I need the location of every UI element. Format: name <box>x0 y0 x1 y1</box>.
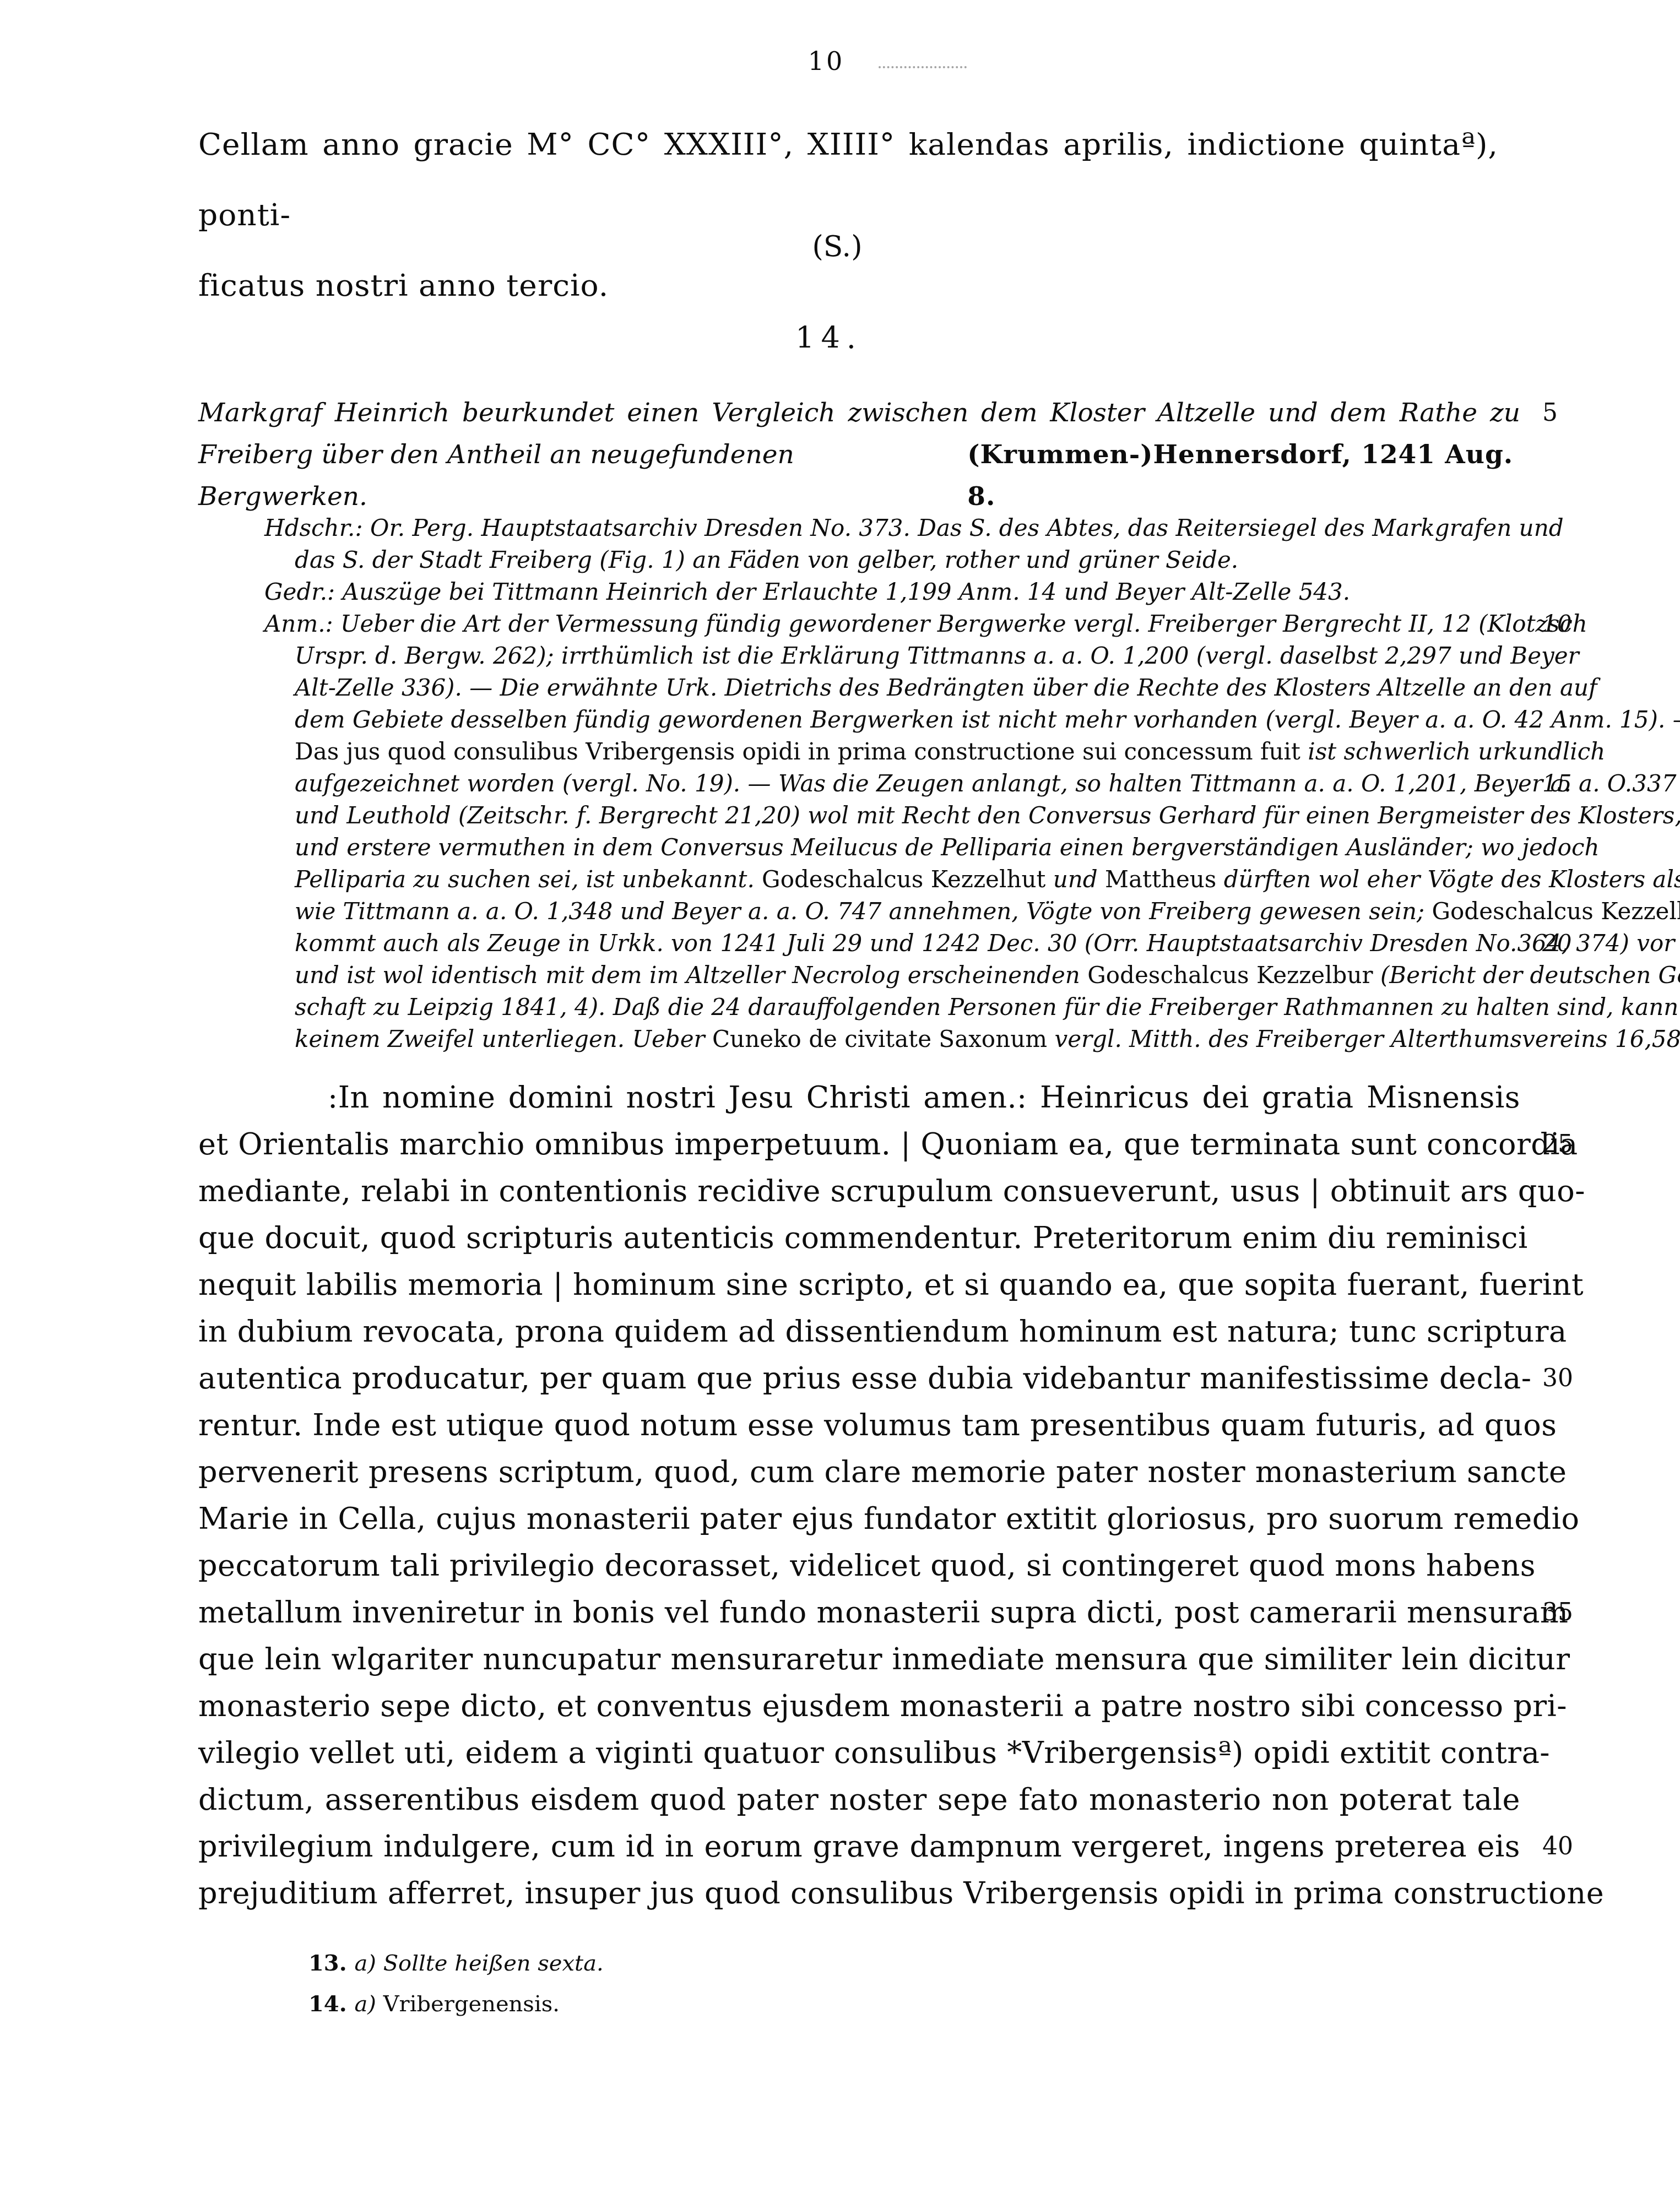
charter-date: (Krummen-)Hennersdorf, 1241 Aug. 8. <box>967 434 1548 518</box>
apparatus-notes: Hdschr.: Or. Perg. Hauptstaatsarchiv Dre… <box>264 512 1608 1055</box>
line-text: Marie in Cella, cujus monasterii pater e… <box>198 1501 1579 1536</box>
margin-line-number: 30 <box>1542 1355 1608 1402</box>
line-text: 14. a) Vribergenensis. <box>308 1991 560 2017</box>
margin-line-number: 35 <box>1542 1589 1608 1636</box>
margin-line-number: 20 <box>1542 927 1608 959</box>
line-text: pervenerit presens scriptum, quod, cum c… <box>198 1454 1567 1489</box>
line-text: schaft zu Leipzig 1841, 4). Daß die 24 d… <box>295 994 1678 1021</box>
line-text: wie Tittmann a. a. O. 1,348 und Beyer a.… <box>295 898 1680 925</box>
margin-line-number: 25 <box>1542 1121 1608 1168</box>
line-text: mediante, relabi in contentionis recidiv… <box>198 1174 1585 1208</box>
line-text: prejuditium afferret, insuper jus quod c… <box>198 1876 1604 1911</box>
line-text: ficatus nostri anno tercio. <box>198 268 609 303</box>
line-text: Urspr. d. Bergw. 262); irrthümlich ist d… <box>295 642 1579 669</box>
apparatus-line: keinem Zweifel unterliegen. Ueber Cuneko… <box>264 1023 1608 1055</box>
line-text: das S. der Stadt Freiberg (Fig. 1) an Fä… <box>295 546 1238 573</box>
charter-text-line: autentica producatur, per quam que prius… <box>198 1355 1608 1402</box>
margin-line-number: 10 <box>1542 608 1608 640</box>
footnotes: 13. a) Sollte heißen sexta. 14. a) Vribe… <box>308 1943 1520 2025</box>
margin-line-number: 15 <box>1542 768 1608 800</box>
apparatus-line: aufgezeichnet worden (vergl. No. 19). — … <box>264 768 1608 800</box>
apparatus-line: kommt auch als Zeuge in Urkk. von 1241 J… <box>264 927 1608 959</box>
charter-text-line: et Orientalis marchio omnibus imperpetuu… <box>198 1121 1608 1168</box>
charter-text-line: metallum inveniretur in bonis vel fundo … <box>198 1589 1608 1636</box>
charter-text-line: privilegium indulgere, cum id in eorum g… <box>198 1823 1608 1870</box>
charter-text-line: mediante, relabi in contentionis recidiv… <box>198 1168 1608 1214</box>
charter-full-text: :In nomine domini nostri Jesu Christi am… <box>198 1074 1608 1917</box>
line-text: aufgezeichnet worden (vergl. No. 19). — … <box>295 770 1676 797</box>
footnote: 14. a) Vribergenensis. <box>308 1984 1520 2025</box>
charter-text-line: in dubium revocata, prona quidem ad diss… <box>198 1308 1608 1355</box>
apparatus-line: dem Gebiete desselben fündig gewordenen … <box>264 704 1608 736</box>
margin-line-number: 5 <box>1542 392 1608 434</box>
charter-text-line: monasterio sepe dicto, et conventus ejus… <box>198 1682 1608 1729</box>
line-text: monasterio sepe dicto, et conventus ejus… <box>198 1689 1567 1723</box>
line-text: Alt-Zelle 336). — Die erwähnte Urk. Diet… <box>295 674 1597 701</box>
line-text: und Leuthold (Zeitschr. f. Bergrecht 21,… <box>295 802 1680 829</box>
apparatus-line: und Leuthold (Zeitschr. f. Bergrecht 21,… <box>264 800 1608 832</box>
line-text: nequit labilis memoria | hominum sine sc… <box>198 1267 1584 1302</box>
charter-text-line: que lein wlgariter nuncupatur mensuraret… <box>198 1636 1608 1682</box>
line-text: keinem Zweifel unterliegen. Ueber Cuneko… <box>295 1025 1680 1052</box>
apparatus-line: Gedr.: Auszüge bei Tittmann Heinrich der… <box>264 576 1608 608</box>
line-text: Hdschr.: Or. Perg. Hauptstaatsarchiv Dre… <box>264 514 1564 541</box>
charter-text-line: peccatorum tali privilegio decorasset, v… <box>198 1542 1608 1589</box>
apparatus-line: Urspr. d. Bergw. 262); irrthümlich ist d… <box>264 640 1608 672</box>
apparatus-line: Anm.: Ueber die Art der Vermessung fündi… <box>264 608 1608 640</box>
line-text: et Orientalis marchio omnibus imperpetuu… <box>198 1127 1578 1162</box>
line-text: autentica producatur, per quam que prius… <box>198 1361 1531 1396</box>
charter-text-line: Cellam anno gracie M° CC° XXXIII°, XIIII… <box>198 109 1608 250</box>
regest-line: Freiberg über den Antheil an neugefunden… <box>198 434 1608 518</box>
charter-text-line: nequit labilis memoria | hominum sine sc… <box>198 1261 1608 1308</box>
line-text: Anm.: Ueber die Art der Vermessung fündi… <box>264 610 1587 637</box>
footnote: 13. a) Sollte heißen sexta. <box>308 1943 1520 1984</box>
previous-entry-end: Cellam anno gracie M° CC° XXXIII°, XIIII… <box>198 109 1608 321</box>
charter-text-line: dictum, asserentibus eisdem quod pater n… <box>198 1776 1608 1823</box>
scanned-book-page: 10 Cellam anno gracie M° CC° XXXIII°, XI… <box>0 0 1680 2209</box>
charter-text-line: vilegio vellet uti, eidem a viginti quat… <box>198 1729 1608 1776</box>
apparatus-line: Pelliparia zu suchen sei, ist unbekannt.… <box>264 864 1608 895</box>
line-text: que lein wlgariter nuncupatur mensuraret… <box>198 1642 1570 1676</box>
regest-summary: Markgraf Heinrich beurkundet einen Vergl… <box>198 392 1608 518</box>
regest-line: Markgraf Heinrich beurkundet einen Vergl… <box>198 392 1608 434</box>
apparatus-line: wie Tittmann a. a. O. 1,348 und Beyer a.… <box>264 895 1608 927</box>
line-text: 13. a) Sollte heißen sexta. <box>308 1951 604 1976</box>
line-text: Cellam anno gracie M° CC° XXXIII°, XIIII… <box>198 127 1498 232</box>
line-text: und erstere vermuthen in dem Conversus M… <box>295 834 1600 861</box>
line-text: kommt auch als Zeuge in Urkk. von 1241 J… <box>295 930 1674 957</box>
line-text: Pelliparia zu suchen sei, ist unbekannt.… <box>295 866 1680 893</box>
line-text: Markgraf Heinrich beurkundet einen Vergl… <box>198 398 1520 428</box>
charter-text-line: que docuit, quod scripturis autenticis c… <box>198 1214 1608 1261</box>
line-text: Das jus quod consulibus Vribergensis opi… <box>295 738 1605 765</box>
charter-text-line: prejuditium afferret, insuper jus quod c… <box>198 1870 1608 1917</box>
seal-abbreviation: (S.) <box>0 230 1674 263</box>
line-text: dem Gebiete desselben fündig gewordenen … <box>295 706 1680 733</box>
charter-text-line: pervenerit presens scriptum, quod, cum c… <box>198 1448 1608 1495</box>
line-text: :In nomine domini nostri Jesu Christi am… <box>328 1080 1520 1115</box>
line-text: que docuit, quod scripturis autenticis c… <box>198 1220 1528 1255</box>
apparatus-line: und erstere vermuthen in dem Conversus M… <box>264 832 1608 864</box>
line-text: und ist wol identisch mit dem im Altzell… <box>295 962 1680 989</box>
apparatus-line: und ist wol identisch mit dem im Altzell… <box>264 959 1608 991</box>
line-text: rentur. Inde est utique quod notum esse … <box>198 1408 1557 1442</box>
charter-text-line: :In nomine domini nostri Jesu Christi am… <box>198 1074 1608 1121</box>
charter-text-line: Marie in Cella, cujus monasterii pater e… <box>198 1495 1608 1542</box>
page-number: 10 <box>0 46 1652 76</box>
line-text: in dubium revocata, prona quidem ad diss… <box>198 1314 1567 1349</box>
scan-artifact-dashes <box>879 66 967 68</box>
apparatus-line: das S. der Stadt Freiberg (Fig. 1) an Fä… <box>264 544 1608 576</box>
line-text: peccatorum tali privilegio decorasset, v… <box>198 1548 1536 1583</box>
line-text: privilegium indulgere, cum id in eorum g… <box>198 1829 1520 1864</box>
entry-number-heading: 14. <box>0 321 1658 355</box>
line-text: Gedr.: Auszüge bei Tittmann Heinrich der… <box>264 578 1350 605</box>
line-text: Freiberg über den Antheil an neugefunden… <box>198 434 967 518</box>
margin-line-number: 40 <box>1542 1823 1608 1870</box>
apparatus-line: schaft zu Leipzig 1841, 4). Daß die 24 d… <box>264 991 1608 1023</box>
apparatus-line: Alt-Zelle 336). — Die erwähnte Urk. Diet… <box>264 672 1608 704</box>
line-text: dictum, asserentibus eisdem quod pater n… <box>198 1782 1520 1817</box>
apparatus-line: Das jus quod consulibus Vribergensis opi… <box>264 736 1608 768</box>
line-text: vilegio vellet uti, eidem a viginti quat… <box>198 1735 1550 1770</box>
apparatus-line: Hdschr.: Or. Perg. Hauptstaatsarchiv Dre… <box>264 512 1608 544</box>
charter-text-line: rentur. Inde est utique quod notum esse … <box>198 1402 1608 1448</box>
line-text: metallum inveniretur in bonis vel fundo … <box>198 1595 1569 1630</box>
